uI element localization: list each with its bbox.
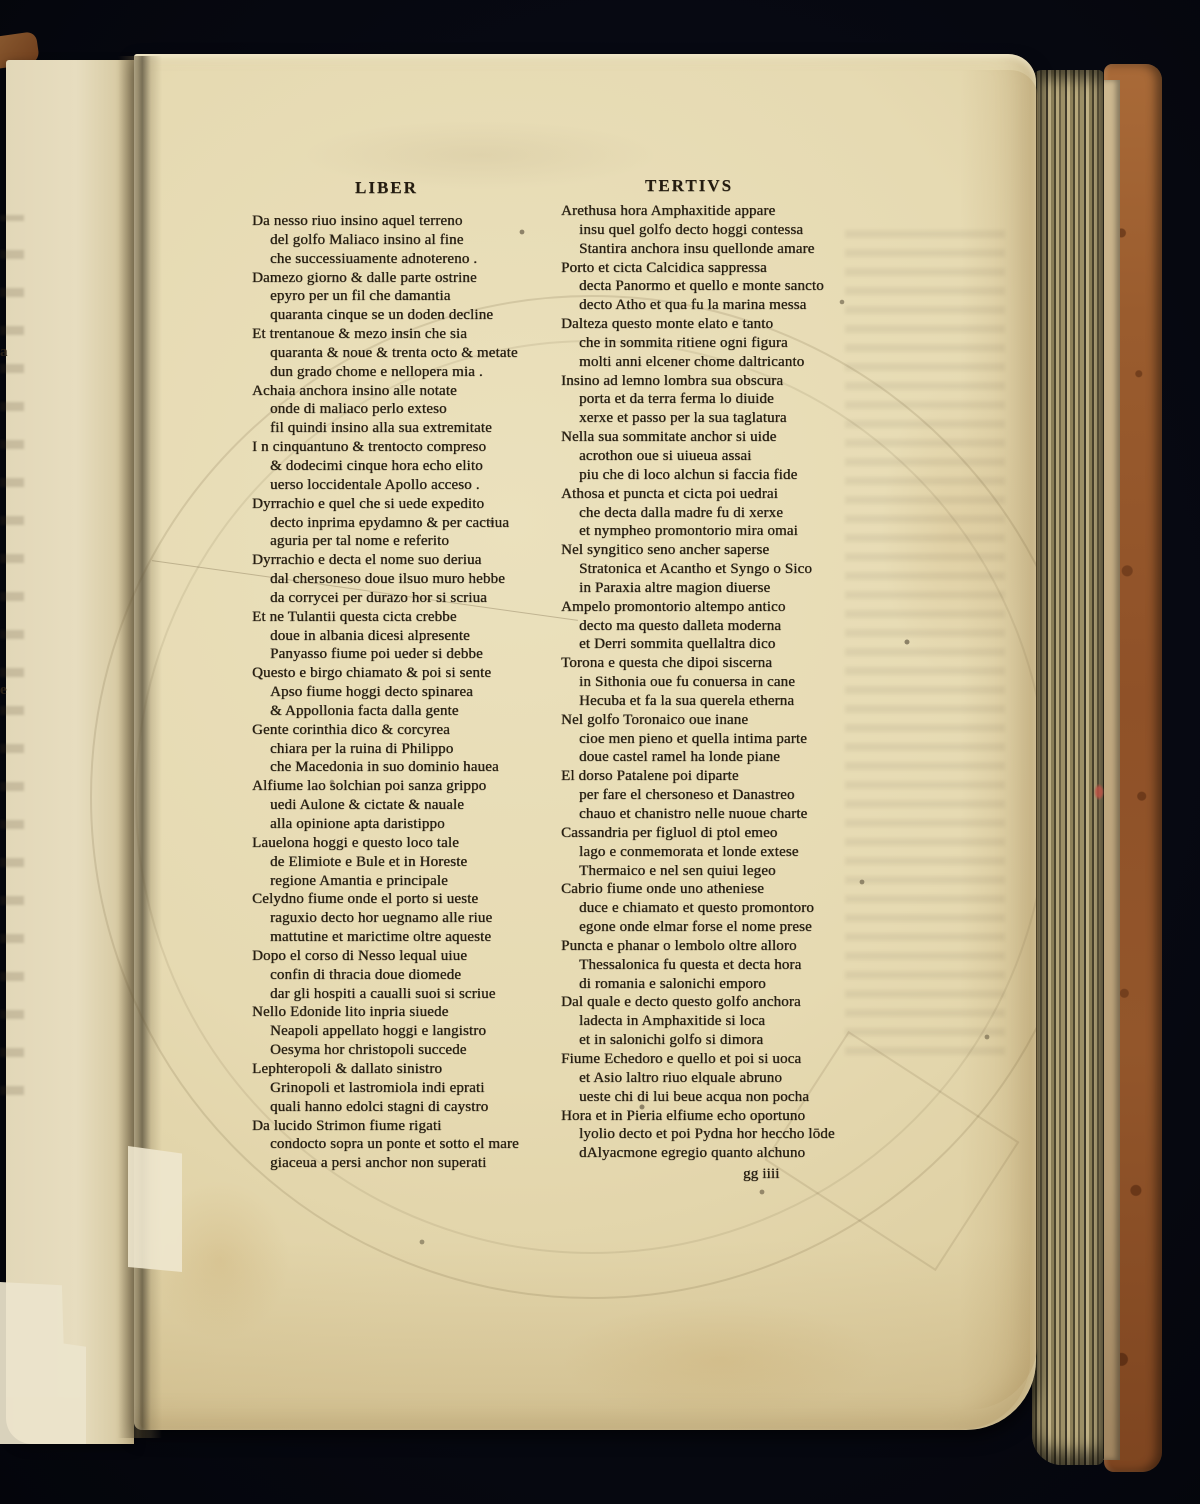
verse-line: quaranta cinque se un doden decline [252,306,572,325]
verse-line: uerso loccidentale Apollo acceso . [252,476,572,495]
verse-line: Insino ad lemno lombra sua obscura [561,372,881,391]
verse-line: xerxe et passo per la sua taglatura [561,409,881,428]
verse-line: & dodecimi cinque hora echo elito [252,457,572,476]
page-stack-edges [1032,70,1104,1465]
verse-line: dun grado chome e nellopera mia . [252,363,572,382]
verse-line: raguxio decto hor uegnamo alle riue [252,909,572,928]
verse-line: ladecta in Amphaxitide si loca [561,1012,881,1031]
ink-specks [0,0,4,4]
verse-line: Thessalonica fu questa et decta hora [561,956,881,975]
verse-line: Arethusa hora Amphaxitide appare [561,202,881,221]
margin-letter-lower: e [0,682,7,699]
repair-patch-gutter [128,1146,182,1272]
verse-line: che Macedonia in suo dominio hauea [252,758,572,777]
verse-line: onde di maliaco perlo exteso [252,400,572,419]
verse-line: lyolio decto et poi Pydna hor heccho lōd… [561,1125,881,1144]
verse-line: Lephteropoli & dallato sinistro [252,1060,572,1079]
verse-line: lago e conmemorata et londe extese [561,843,881,862]
verse-line: Hecuba et fa la sua querela etherna [561,692,881,711]
quire-signature: gg iiii [561,1165,881,1184]
verse-line: Nel golfo Toronaico oue inane [561,711,881,730]
verse-line: Thermaico e nel sen quiui legeo [561,862,881,881]
verse-line: molti anni elcener chome daltricanto [561,353,881,372]
verse-line: alla opinione apta daristippo [252,815,572,834]
verse-line: Ampelo promontorio altempo antico [561,598,881,617]
verse-line: Porto et cicta Calcidica sappressa [561,259,881,278]
verse-line: decto Atho et qua fu la marina messa [561,296,881,315]
verse-line: Neapoli appellato hoggi e langistro [252,1022,572,1041]
verse-line: doue castel ramel ha londe piane [561,748,881,767]
verse-line: giaceua a persi anchor non superati [252,1154,572,1173]
verse-line: che successiuamente adnotereno . [252,250,572,269]
verse-line: Dyrrachio e decta el nome suo deriua [252,551,572,570]
verse-line: epyro per un fil che damantia [252,287,572,306]
verse-line: che decta dalla madre fu di xerxe [561,504,881,523]
verse-line: cioe men pieno et quella intima parte [561,730,881,749]
verse-line: confin di thracia doue diomede [252,966,572,985]
verse-line: Dyrrachio e quel che si uede expedito [252,495,572,514]
verse-line: decto inprima epydamno & per cactiua [252,514,572,533]
verse-line: dAlyacmone egregio quanto alchuno [561,1144,881,1163]
verse-line: Nel syngitico seno ancher saperse [561,541,881,560]
verse-line: aguria per tal nome e referito [252,532,572,551]
verse-line: dal chersoneso doue ilsuo muro hebbe [252,570,572,589]
verse-line: Et trentanoue & mezo insin che sia [252,325,572,344]
verse-line: Torona e questa che dipoi siscerna [561,654,881,673]
verse-line: da corrycei per durazo hor si scriua [252,589,572,608]
verse-line: Questo e birgo chiamato & poi si sente [252,664,572,683]
verse-line: quaranta & noue & trenta octo & metate [252,344,572,363]
running-title-tertius: TERTIVS [645,176,733,196]
verse-line: piu che di loco alchun si faccia fide [561,466,881,485]
verse-line: et in salonichi golfo si dimora [561,1031,881,1050]
verse-line: Da nesso riuo insino aquel terreno [252,212,572,231]
verse-line: quali hanno edolci stagni di caystro [252,1098,572,1117]
running-title-liber: LIBER [355,178,418,198]
verse-line: Stantira anchora insu quellonde amare [561,240,881,259]
verse-line: insu quel golfo decto hoggi contessa [561,221,881,240]
verse-line: duce e chiamato et questo promontoro [561,899,881,918]
verse-line: Dal quale e decto questo golfo anchora [561,993,881,1012]
text-column-left: Da nesso riuo insino aquel terrenodel go… [252,212,572,1173]
verse-line: Da lucido Strimon fiume rigati [252,1117,572,1136]
verse-line: Achaia anchora insino alle notate [252,382,572,401]
verse-line: decto ma questo dalleta moderna [561,617,881,636]
verse-line: Alfiume lao solchian poi sanza grippo [252,777,572,796]
verse-line: dar gli hospiti a caualli suoi si scriue [252,985,572,1004]
verse-line: fil quindi insino alla sua extremitate [252,419,572,438]
verse-line: per fare el chersoneso et Danastreo [561,786,881,805]
verse-line: Athosa et puncta et cicta poi uedrai [561,485,881,504]
stain [300,120,660,190]
facing-page-edge [6,60,134,1444]
verse-line: Cabrio fiume onde uno atheniese [561,880,881,899]
verse-line: Grinopoli et lastromiola indi eprati [252,1079,572,1098]
verse-line: ueste chi di lui beue acqua non pocha [561,1088,881,1107]
verse-line: Stratonica et Acantho et Syngo o Sico [561,560,881,579]
verse-line: chiara per la ruina di Philippo [252,740,572,759]
verse-line: egone onde elmar forse el nome prese [561,918,881,937]
verse-line: chauo et chanistro nelle nuoue charte [561,805,881,824]
margin-letter-upper: a [0,344,8,361]
verse-line: Gente corinthia dico & corcyrea [252,721,572,740]
verse-line: Panyasso fiume poi ueder si debbe [252,645,572,664]
verse-line: de Elimiote e Bule et in Horeste [252,853,572,872]
text-column-right: Arethusa hora Amphaxitide appareinsu que… [561,202,881,1184]
red-edge-mark [1094,784,1104,800]
verse-line: Nella sua sommitate anchor si uide [561,428,881,447]
verse-line: El dorso Patalene poi diparte [561,767,881,786]
verse-line: Fiume Echedoro e quello et poi si uoca [561,1050,881,1069]
verse-line: Dopo el corso di Nesso lequal uiue [252,947,572,966]
verse-line: et nympheo promontorio mira omai [561,522,881,541]
verse-line: decta Panormo et quello e monte sancto [561,277,881,296]
verse-line: Puncta e phanar o lembolo oltre alloro [561,937,881,956]
verse-line: mattutine et marictime oltre aqueste [252,928,572,947]
verse-line: et Derri sommita quellaltra dico [561,635,881,654]
verse-line: & Appollonia facta dalla gente [252,702,572,721]
verse-line: che in sommita ritiene ogni figura [561,334,881,353]
verse-line: Apso fiume hoggi decto spinarea [252,683,572,702]
verse-line: doue in albania dicesi alpresente [252,627,572,646]
verse-line: Et ne Tulantii questa cicta crebbe [252,608,572,627]
verse-line: condocto sopra un ponte et sotto el mare [252,1135,572,1154]
book-photograph: a e LIBER TERTIVS Da nesso riuo insino a… [0,0,1200,1504]
verse-line: porta et da terra ferma lo diuide [561,390,881,409]
verse-line: del golfo Maliaco insino al fine [252,231,572,250]
verse-line: Damezo giorno & dalle parte ostrine [252,269,572,288]
stain [560,1300,880,1420]
verse-line: Lauelona hoggi e questo loco tale [252,834,572,853]
verse-line: Cassandria per figluol di ptol emeo [561,824,881,843]
verse-line: Oesyma hor christopoli succede [252,1041,572,1060]
verse-line: Celydno fiume onde el porto si ueste [252,890,572,909]
verse-line: Hora et in Pieria elfiume echo oportuno [561,1107,881,1126]
verse-line: I n cinquantuno & trentocto compreso [252,438,572,457]
verse-line: di romania e salonichi emporo [561,975,881,994]
verse-line: et Asio laltro riuo elquale abruno [561,1069,881,1088]
verse-line: Nello Edonide lito inpria siuede [252,1003,572,1022]
verse-line: regione Amantia e principale [252,872,572,891]
verse-line: acrothon oue si uiueua assai [561,447,881,466]
verse-line: uedi Aulone & cictate & nauale [252,796,572,815]
verse-line: in Sithonia oue fu conuersa in cane [561,673,881,692]
verse-line: in Paraxia altre magion diuerse [561,579,881,598]
verse-line: Dalteza questo monte elato e tanto [561,315,881,334]
